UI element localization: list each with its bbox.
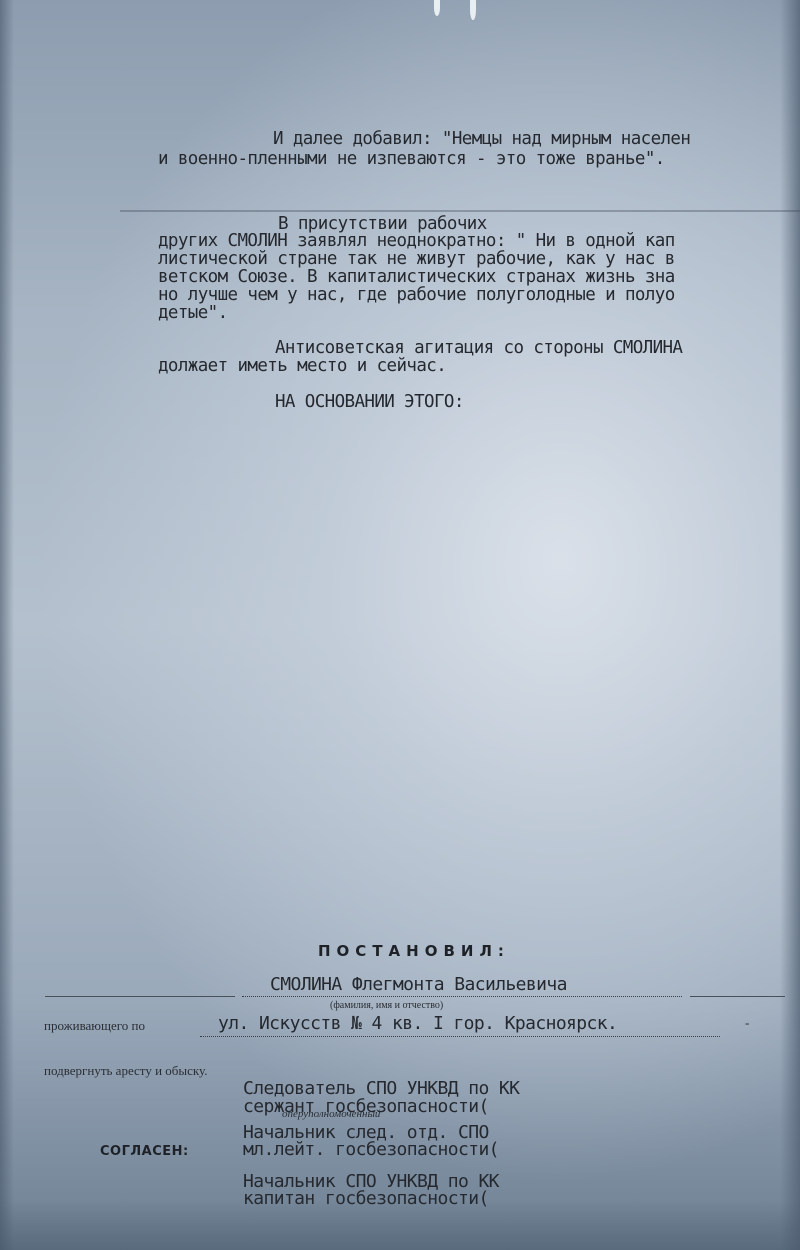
name-underline xyxy=(242,996,682,997)
subject-name: СМОЛИНА Флегмонта Васильевича xyxy=(270,976,567,993)
page-edge-shadow-left xyxy=(0,0,14,1250)
paragraph-2-line-5: но лучше чем у нас, где рабочие полуголо… xyxy=(158,287,675,304)
agreed-label: СОГЛАСЕН: xyxy=(100,1144,189,1159)
action-statement: подвергнуть аресту и обыску. xyxy=(44,1063,207,1079)
paragraph-2-line-6: детые". xyxy=(158,305,228,322)
paragraph-3-line-1: Антисоветская агитация со стороны СМОЛИН… xyxy=(275,340,682,357)
page-bottom-shadow xyxy=(0,1200,800,1250)
paragraph-2-line-2: других СМОЛИН заявлял неоднократно: " Ни… xyxy=(158,233,675,250)
name-underline-right xyxy=(690,996,785,997)
paragraph-1-line-1: И далее добавил: "Немцы над мирным насел… xyxy=(273,131,690,148)
paper-fold-line xyxy=(120,210,800,212)
basis-statement: НА ОСНОВАНИИ ЭТОГО: xyxy=(275,394,464,411)
paragraph-3-line-2: должает иметь место и сейчас. xyxy=(158,358,446,375)
paragraph-1-line-2: и военно-пленными не изпеваются - это то… xyxy=(158,151,665,168)
paragraph-2-line-3: листической стране так не живут рабочие,… xyxy=(158,251,675,268)
residence-address: ул. Искусств № 4 кв. I гор. Красноярск. xyxy=(218,1015,617,1032)
address-underline xyxy=(200,1036,720,1037)
address-dash: - xyxy=(745,1015,749,1031)
paper-tear-mark xyxy=(470,0,476,20)
paragraph-2-line-4: ветском Союзе. В капиталистических стран… xyxy=(158,269,675,286)
name-underline-left xyxy=(45,996,235,997)
page-edge-shadow-right xyxy=(780,0,800,1250)
resolution-heading: ПОСТАНОВИЛ: xyxy=(318,942,510,960)
investigator-overwrite-handwriting: оперуполномоченный xyxy=(282,1108,380,1120)
residence-label: проживающего по xyxy=(44,1018,145,1034)
name-caption: (фамилия, имя и отчество) xyxy=(330,1000,443,1011)
paper-tear-mark xyxy=(434,0,440,16)
chief-dept-title-line-2: мл.лейт. госбезопасности( xyxy=(243,1141,499,1158)
document-page: И далее добавил: "Немцы над мирным насел… xyxy=(0,0,800,1250)
investigator-title-line-1: Следователь СПО УНКВД по КК xyxy=(243,1080,519,1097)
